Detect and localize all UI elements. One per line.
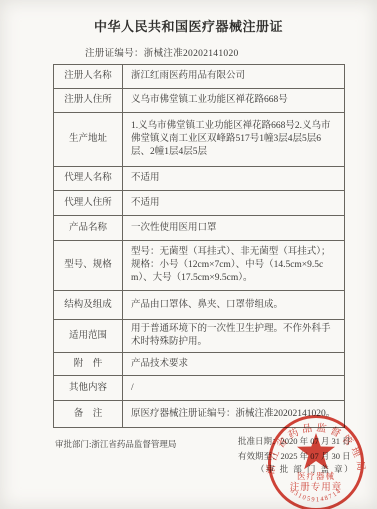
certificate-table: 注册人名称 浙江红雨医药用品有限公司 注册人住所 义乌市佛堂镇工业功能区禅花路6… <box>53 64 345 428</box>
row-label: 其他内容 <box>54 376 123 401</box>
certificate-dates: 批准日期：2020 年 07 月 31 日 有效期至：2025 年 07 月 3… <box>238 434 351 463</box>
row-value: 不适用 <box>123 191 345 216</box>
row-value: 浙江红雨医药用品有限公司 <box>123 65 345 89</box>
table-row: 结构及组成 产品由口罩体、鼻夹、口罩带组成。 <box>54 291 345 320</box>
row-label: 注册人住所 <box>54 89 123 113</box>
row-value: 不适用 <box>123 167 345 191</box>
valid-until-date: 有效期至：2025 年 07 月 30 日 <box>238 449 351 464</box>
row-value: 型号：无菌型（耳挂式）、非无菌型（耳挂式）；规格：小号（12cm×7cm）、中号… <box>123 241 345 291</box>
table-row: 适用范围 用于普通环境下的一次性卫生护理。不作外科手术时特殊防护用。 <box>54 320 345 353</box>
svg-text:331059148714: 331059148714 <box>289 487 343 503</box>
row-value: 1.义乌市佛堂镇工业功能区禅花路668号2.义乌市佛堂镇义南工业区双峰路517号… <box>123 113 345 167</box>
row-label: 结构及组成 <box>54 291 123 320</box>
row-value: 产品技术要求 <box>123 353 345 376</box>
table-row: 注册人名称 浙江红雨医药用品有限公司 <box>54 65 345 89</box>
row-label: 型号、规格 <box>54 241 123 291</box>
certificate-title: 中华人民共和国医疗器械注册证 <box>0 16 377 35</box>
seal-line2: 注册专用章 <box>290 481 343 493</box>
row-label: 备 注 <box>54 401 123 428</box>
approval-department: 审批部门:浙江省药品监督管理局 <box>55 438 176 450</box>
table-row: 型号、规格 型号：无菌型（耳挂式）、非无菌型（耳挂式）；规格：小号（12cm×7… <box>54 241 345 291</box>
row-label: 附 件 <box>54 353 123 376</box>
row-label: 产品名称 <box>54 216 123 241</box>
certificate-page: 中华人民共和国医疗器械注册证 注册证编号：浙械注准20202141020 注册人… <box>0 0 377 509</box>
table-row: 生产地址 1.义乌市佛堂镇工业功能区禅花路668号2.义乌市佛堂镇义南工业区双峰… <box>54 113 345 167</box>
table-row: 备 注 原医疗器械注册证编号：浙械注准20202141020。 <box>54 401 345 428</box>
table-row: 其他内容 / <box>54 376 345 401</box>
row-value: 原医疗器械注册证编号：浙械注准20202141020。 <box>123 401 345 428</box>
approve-date: 批准日期：2020 年 07 月 31 日 <box>238 434 351 449</box>
table-row: 附 件 产品技术要求 <box>54 353 345 376</box>
row-value: 用于普通环境下的一次性卫生护理。不作外科手术时特殊防护用。 <box>123 320 345 353</box>
table-row: 代理人名称 不适用 <box>54 167 345 191</box>
row-label: 代理人名称 <box>54 167 123 191</box>
row-value: 一次性使用医用口罩 <box>123 216 345 241</box>
row-label: 代理人住所 <box>54 191 123 216</box>
row-value: 产品由口罩体、鼻夹、口罩带组成。 <box>123 291 345 320</box>
table-row: 注册人住所 义乌市佛堂镇工业功能区禅花路668号 <box>54 89 345 113</box>
seal-serial-number: 331059148714 <box>289 487 343 503</box>
row-value: / <box>123 376 345 401</box>
table-row: 代理人住所 不适用 <box>54 191 345 216</box>
row-label: 注册人名称 <box>54 65 123 89</box>
table-row: 产品名称 一次性使用医用口罩 <box>54 216 345 241</box>
stamp-note: （审 批 部 门 盖 章） <box>256 463 354 475</box>
row-label: 生产地址 <box>54 113 123 167</box>
row-value: 义乌市佛堂镇工业功能区禅花路668号 <box>123 89 345 113</box>
registration-number-line: 注册证编号：浙械注准20202141020 <box>85 45 239 59</box>
row-label: 适用范围 <box>54 320 123 353</box>
